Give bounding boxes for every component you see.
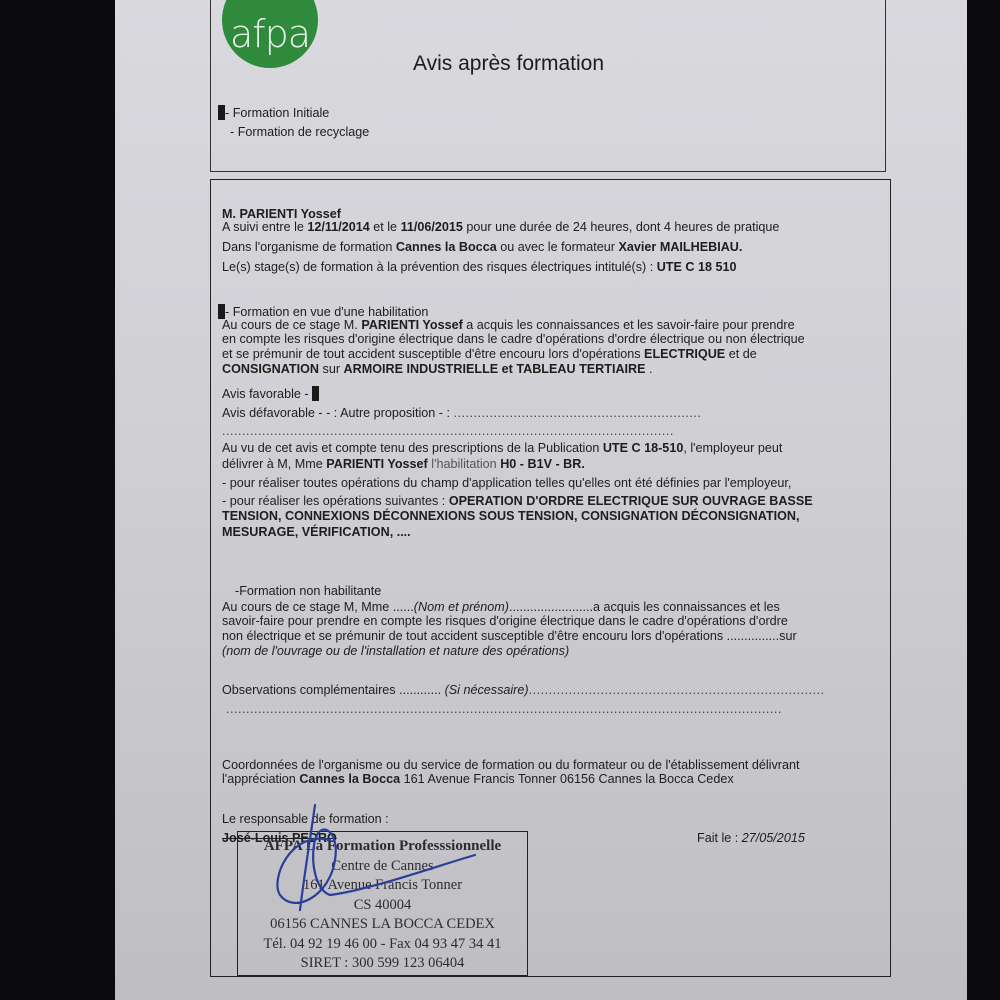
responsable-label: Le responsable de formation : [222, 812, 389, 826]
avis-favorable[interactable]: Avis favorable - [222, 386, 319, 401]
observations-line-2[interactable]: ........................................… [226, 702, 782, 716]
option-formation-recyclage[interactable]: - Formation de recyclage [230, 125, 369, 139]
option-habilitation[interactable]: - Formation en vue d'une habilitation [218, 304, 428, 319]
non-habilitante-line-3: non électrique et se prémunir de tout ac… [222, 629, 797, 643]
publication-line-1: Au vu de cet avis et compte tenu des pre… [222, 441, 782, 455]
option-formation-initiale[interactable]: - Formation Initiale [218, 105, 329, 120]
option-non-habilitante[interactable]: -Formation non habilitante [235, 584, 381, 598]
avis-defavorable[interactable]: Avis défavorable - - : Autre proposition… [222, 406, 701, 420]
afpa-stamp: AFPA La Formation Professsionnelle Centr… [237, 831, 528, 976]
non-habilitante-line-1: Au cours de ce stage M, Mme ......(Nom e… [222, 600, 780, 614]
operations-line-3: TENSION, CONNEXIONS DÉCONNEXIONS SOUS TE… [222, 509, 800, 523]
trainee-name: M. PARIENTI Yossef [222, 207, 341, 221]
checkbox-checked-icon[interactable] [218, 304, 225, 319]
fait-le: Fait le : 27/05/2015 [697, 831, 805, 845]
non-habilitante-line-2: savoir-faire pour prendre en compte les … [222, 614, 788, 628]
autre-proposition-line[interactable]: ........................................… [222, 424, 674, 438]
training-period-line: A suivi entre le 12/11/2014 et le 11/06/… [222, 220, 779, 234]
checkbox-checked-icon[interactable] [218, 105, 225, 120]
training-stage-line: Le(s) stage(s) de formation à la prévent… [222, 260, 737, 274]
coordonnees-line-1: Coordonnées de l'organisme ou du service… [222, 758, 799, 772]
non-habilitante-line-4: (nom de l'ouvrage ou de l'installation e… [222, 644, 569, 658]
habilitation-paragraph-2: en compte les risques d'origine électriq… [222, 332, 805, 346]
habilitation-paragraph-4: CONSIGNATION sur ARMOIRE INDUSTRIELLE et… [222, 362, 653, 376]
checkbox-checked-icon[interactable] [312, 386, 319, 401]
habilitation-paragraph-3: et se prémunir de tout accident suscepti… [222, 347, 757, 361]
observations-field[interactable]: Observations complémentaires ...........… [222, 683, 825, 697]
operations-line-4: MESURAGE, VÉRIFICATION, .... [222, 525, 411, 539]
habilitation-paragraph-1: Au cours de ce stage M. PARIENTI Yossef … [222, 318, 795, 332]
publication-line-2: délivrer à M, Mme PARIENTI Yossef l'habi… [222, 457, 585, 471]
coordonnees-line-2: l'appréciation Cannes la Bocca 161 Avenu… [222, 772, 734, 786]
document-title: Avis après formation [413, 52, 604, 76]
operations-line-1: - pour réaliser toutes opérations du cha… [222, 476, 791, 490]
operations-line-2: - pour réaliser les opérations suivantes… [222, 494, 813, 508]
training-organisme-line: Dans l'organisme de formation Cannes la … [222, 240, 742, 254]
